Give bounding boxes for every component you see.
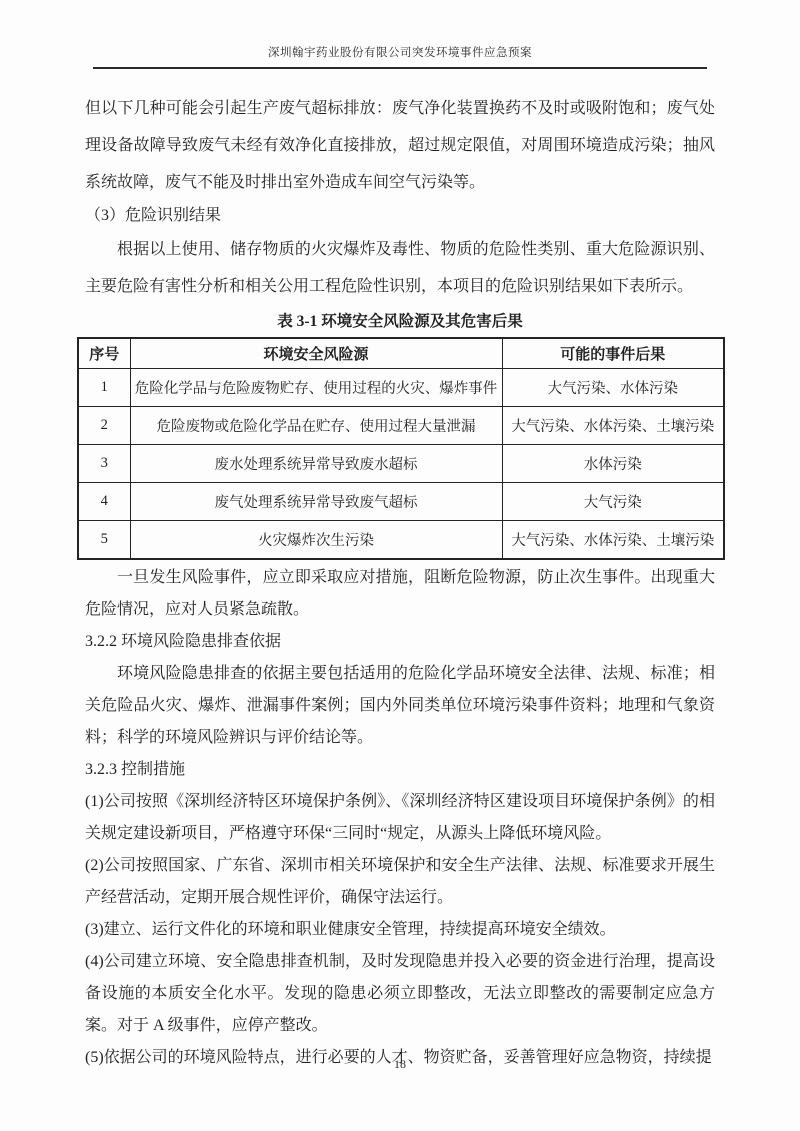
table-caption: 表 3-1 环境安全风险源及其危害后果: [85, 309, 715, 335]
table-header-cell: 环境安全风险源: [130, 338, 502, 369]
table-cell: 大气污染、水体污染、土壤污染: [502, 407, 724, 445]
table-cell: 2: [78, 407, 130, 445]
table-cell: 危险化学品与危险废物贮存、使用过程的火灾、爆炸事件: [130, 369, 502, 407]
paragraph-intro: 但以下几种可能会引起生产废气超标排放：废气净化装置换药不及时或吸附饱和；废气处理…: [85, 90, 715, 201]
paragraph-response: 一旦发生风险事件，应立即采取应对措施，阻断危险物源，防止次生事件。出现重大危险情…: [85, 562, 715, 626]
table-cell: 火灾爆炸次生污染: [130, 521, 502, 560]
table-cell: 5: [78, 521, 130, 560]
table-cell: 大气污染: [502, 483, 724, 521]
paragraph-hazard-basis: 根据以上使用、储存物质的火灾爆炸及毒性、物质的危险性类别、重大危险源识别、主要危…: [85, 231, 715, 305]
running-header-title: 深圳翰宇药业股份有限公司突发环境事件应急预案: [268, 47, 532, 59]
measure-item-4: (4)公司建立环境、安全隐患排查机制，及时发现隐患并投入必要的资金进行治理，提高…: [85, 946, 715, 1042]
table-cell: 1: [78, 369, 130, 407]
table-cell: 危险废物或危险化学品在贮存、使用过程大量泄漏: [130, 407, 502, 445]
measure-item-2: (2)公司按照国家、广东省、深圳市相关环境保护和安全生产法律、法规、标准要求开展…: [85, 850, 715, 914]
heading-3-2-2: 3.2.2 环境风险隐患排查依据: [85, 626, 715, 658]
heading-3-2-3: 3.2.3 控制措施: [85, 754, 715, 786]
table-cell: 大气污染、水体污染: [502, 369, 724, 407]
risk-table: 序号 环境安全风险源 可能的事件后果 1 危险化学品与危险废物贮存、使用过程的火…: [77, 337, 725, 560]
table-header-cell: 序号: [78, 338, 130, 369]
running-header: 深圳翰宇药业股份有限公司突发环境事件应急预案: [93, 44, 707, 69]
table-cell: 4: [78, 483, 130, 521]
document-page: 深圳翰宇药业股份有限公司突发环境事件应急预案 但以下几种可能会引起生产废气超标排…: [0, 0, 800, 1131]
table-header-row: 序号 环境安全风险源 可能的事件后果: [78, 338, 724, 369]
table-cell: 水体污染: [502, 445, 724, 483]
heading-hazard-result: （3）危险识别结果: [85, 201, 715, 231]
table-cell: 废气处理系统异常导致废气超标: [130, 483, 502, 521]
table-row: 2 危险废物或危险化学品在贮存、使用过程大量泄漏 大气污染、水体污染、土壤污染: [78, 407, 724, 445]
measure-item-1: (1)公司按照《深圳经济特区环境保护条例》、《深圳经济特区建设项目环境保护条例》…: [85, 786, 715, 850]
table-row: 5 火灾爆炸次生污染 大气污染、水体污染、土壤污染: [78, 521, 724, 560]
table-cell: 大气污染、水体污染、土壤污染: [502, 521, 724, 560]
table-row: 4 废气处理系统异常导致废气超标 大气污染: [78, 483, 724, 521]
document-body: 但以下几种可能会引起生产废气超标排放：废气净化装置换药不及时或吸附饱和；废气处理…: [85, 90, 715, 1074]
table-row: 1 危险化学品与危险废物贮存、使用过程的火灾、爆炸事件 大气污染、水体污染: [78, 369, 724, 407]
paragraph-3-2-2: 环境风险隐患排查的依据主要包括适用的危险化学品环境安全法律、法规、标准；相关危险…: [85, 658, 715, 754]
table-cell: 废水处理系统异常导致废水超标: [130, 445, 502, 483]
page-number: 18: [0, 1056, 800, 1072]
table-cell: 3: [78, 445, 130, 483]
measure-item-3: (3)建立、运行文件化的环境和职业健康安全管理，持续提高环境安全绩效。: [85, 914, 715, 946]
table-row: 3 废水处理系统异常导致废水超标 水体污染: [78, 445, 724, 483]
table-header-cell: 可能的事件后果: [502, 338, 724, 369]
